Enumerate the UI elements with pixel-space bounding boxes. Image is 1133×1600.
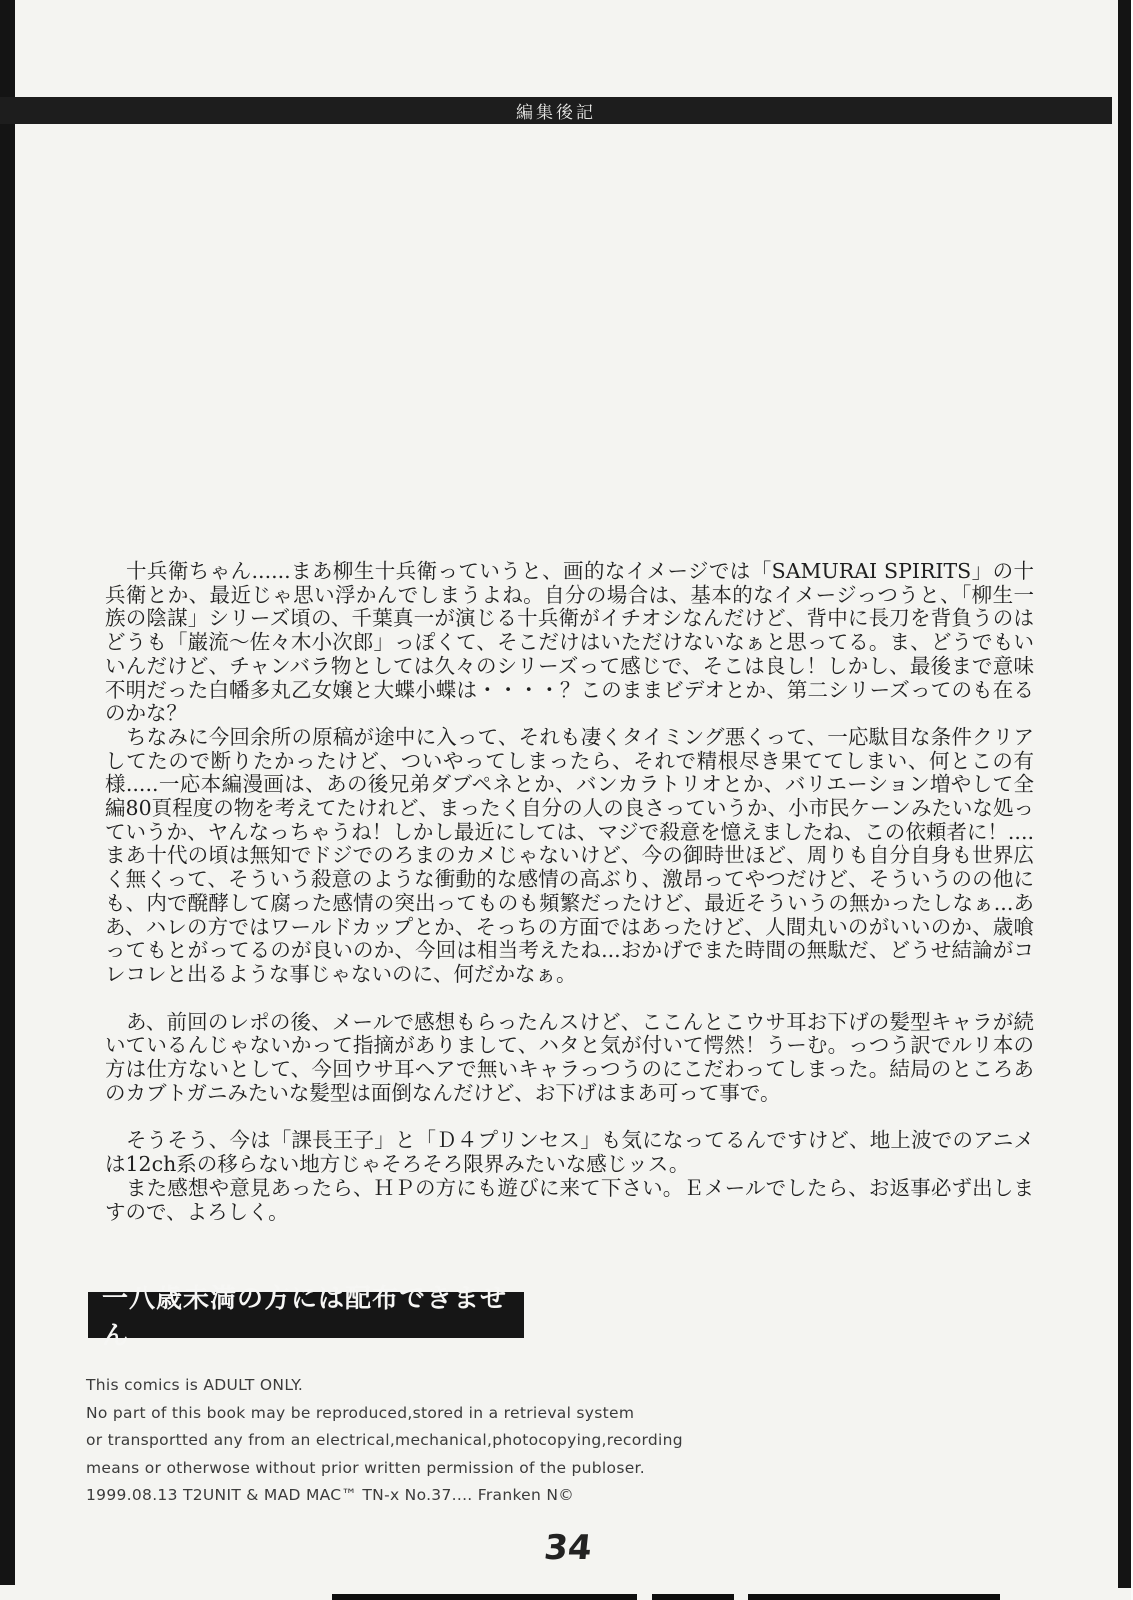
- afterword-paragraph-5: また感想や意見あったら、ＨＰの方にも遊びに来て下さい。Ｅメールでしたら、お返事必…: [105, 1177, 1034, 1224]
- copyright-line-2: No part of this book may be reproduced,s…: [86, 1400, 646, 1428]
- bottom-scan-artifact: [748, 1594, 1000, 1600]
- copyright-line-3: or transportted any from an electrical,m…: [86, 1427, 646, 1455]
- afterword-paragraph-2: ちなみに今回余所の原稿が途中に入って、それも凄くタイミング悪くって、一応駄目な条…: [105, 726, 1034, 987]
- age-restriction-label: 一八歳未満の方には配布できません: [102, 1278, 524, 1352]
- copyright-line-4: means or otherwose without prior written…: [86, 1455, 646, 1483]
- right-page-edge: [1118, 0, 1131, 1588]
- scanned-afterword-page: 編集後記 十兵衛ちゃん......まあ柳生十兵衛っていうと、画的なイメージでは「…: [0, 0, 1133, 1600]
- afterword-paragraph-4: そうそう、今は「課長王子」と「Ｄ４プリンセス」も気になってるんですけど、地上波で…: [105, 1129, 1034, 1176]
- age-restriction-banner: 一八歳未満の方には配布できません: [88, 1292, 524, 1338]
- afterword-paragraph-3: あ、前回のレポの後、メールで感想もらったんスけど、ここんとこウサ耳お下げの髪型キ…: [105, 1011, 1034, 1106]
- afterword-paragraph-1: 十兵衛ちゃん......まあ柳生十兵衛っていうと、画的なイメージでは「SAMUR…: [105, 560, 1034, 726]
- bottom-scan-artifact: [652, 1594, 734, 1600]
- bottom-scan-artifact: [332, 1594, 637, 1600]
- handwritten-page-number: 34: [526, 1528, 610, 1568]
- header-band: 編集後記: [0, 97, 1112, 124]
- left-page-edge: [0, 0, 15, 1585]
- afterword-text-block: 十兵衛ちゃん......まあ柳生十兵衛っていうと、画的なイメージでは「SAMUR…: [105, 560, 1034, 1224]
- page-title: 編集後記: [516, 98, 596, 123]
- copyright-notice: This comics is ADULT ONLY. No part of th…: [86, 1372, 646, 1510]
- copyright-line-1: This comics is ADULT ONLY.: [86, 1372, 646, 1400]
- copyright-line-5: 1999.08.13 T2UNIT & MAD MAC™ TN-x No.37.…: [86, 1482, 646, 1510]
